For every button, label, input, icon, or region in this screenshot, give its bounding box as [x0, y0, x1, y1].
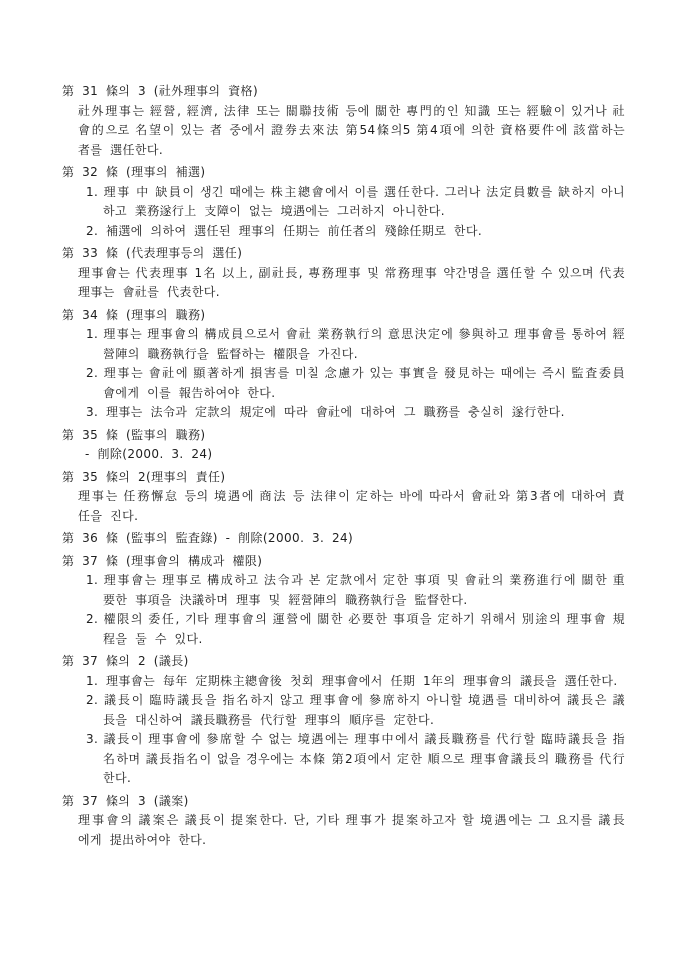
article-31-3-heading: 第 31 條의 3 (社外理事의 資格)	[62, 82, 625, 102]
article-line: 理事는 會社를 代表한다.	[78, 283, 625, 303]
article-line: 하고 業務遂行上 支障이 없는 境遇에는 그러하지 아니한다.	[103, 202, 625, 222]
article-37: 第 37 條 (理事會의 構成과 權限) 1. 理事會는 理事로 構成하고 法令…	[62, 552, 625, 650]
article-35-2-heading: 第 35 條의 2(理事의 責任)	[62, 468, 625, 488]
article-line: 會的으로 名望이 있는 者 중에서 證券去來法 第54條의5 第4項에 의한 資…	[78, 121, 625, 141]
article-line: 任을 진다.	[78, 507, 625, 527]
article-37-2: 第 37 條의 2 (議長) 1. 理事會는 每年 定期株主總會後 첫회 理事會…	[62, 652, 625, 789]
article-line: 理事會의 議案은 議長이 提案한다. 단, 기타 理事가 提案하고자 할 境遇에…	[78, 811, 625, 831]
article-line: 程을 둘 수 있다.	[103, 630, 625, 650]
article-34-heading: 第 34 條 (理事의 職務)	[62, 306, 625, 326]
article-line: 2. 補選에 의하여 選任된 理事의 任期는 前任者의 殘餘任期로 한다.	[86, 222, 625, 242]
article-line: 3. 議長이 理事會에 參席할 수 없는 境遇에는 理事中에서 議長職務를 代行…	[86, 730, 625, 750]
article-32: 第 32 條 (理事의 補選) 1. 理事 中 缺員이 생긴 때에는 株主總會에…	[62, 163, 625, 241]
article-35-heading: 第 35 條 (監事의 職務)	[62, 426, 625, 446]
article-35-2: 第 35 條의 2(理事의 責任) 理事는 任務懈怠 등의 境遇에 商法 등 法…	[62, 468, 625, 527]
article-line: 2. 議長이 臨時議長을 指名하지 않고 理事會에 參席하지 아니할 境遇를 대…	[86, 691, 625, 711]
document-page: 第 31 條의 3 (社外理事의 資格) 社外理事는 經營, 經濟, 法律 또는…	[0, 0, 680, 962]
document-text-block: 第 31 條의 3 (社外理事의 資格) 社外理事는 經營, 經濟, 法律 또는…	[62, 82, 625, 850]
article-line: 長을 대신하여 議長職務를 代行할 理事의 順序를 定한다.	[103, 711, 625, 731]
article-33: 第 33 條 (代表理事등의 選任) 理事會는 代表理事 1名 以上, 副社長,…	[62, 244, 625, 303]
article-line: 1. 理事 中 缺員이 생긴 때에는 株主總會에서 이를 選任한다. 그러나 法…	[86, 183, 625, 203]
article-line: 에게 提出하여야 한다.	[78, 831, 625, 851]
article-line: 要한 事項을 決議하며 理事 및 經營陣의 職務執行을 監督한다.	[103, 591, 625, 611]
article-line: 1. 理事會는 理事로 構成하고 法令과 본 定款에서 定한 事項 및 會社의 …	[86, 571, 625, 591]
article-33-heading: 第 33 條 (代表理事등의 選任)	[62, 244, 625, 264]
article-line: 한다.	[103, 769, 625, 789]
article-36-heading: 第 36 條 (監事의 監査錄) - 削除(2000. 3. 24)	[62, 529, 625, 549]
article-36: 第 36 條 (監事의 監査錄) - 削除(2000. 3. 24)	[62, 529, 625, 549]
article-31-3: 第 31 條의 3 (社外理事의 資格) 社外理事는 經營, 經濟, 法律 또는…	[62, 82, 625, 160]
article-line: 理事會는 代表理事 1名 以上, 副社長, 專務理事 및 常務理事 약간명을 選…	[78, 264, 625, 284]
article-line: 1. 理事會는 每年 定期株主總會後 첫회 理事會에서 任期 1年의 理事會의 …	[86, 672, 625, 692]
article-line: 者를 選任한다.	[78, 141, 625, 161]
article-34: 第 34 條 (理事의 職務) 1. 理事는 理事會의 構成員으로서 會社 業務…	[62, 306, 625, 423]
article-line: 1. 理事는 理事會의 構成員으로서 會社 業務執行의 意思決定에 參與하고 理…	[86, 325, 625, 345]
article-line: 社外理事는 經營, 經濟, 法律 또는 關聯技術 등에 關한 專門的인 知識 또…	[78, 102, 625, 122]
article-37-2-heading: 第 37 條의 2 (議長)	[62, 652, 625, 672]
article-35: 第 35 條 (監事의 職務) - 削除(2000. 3. 24)	[62, 426, 625, 465]
article-37-heading: 第 37 條 (理事會의 構成과 權限)	[62, 552, 625, 572]
article-line: 2. 理事는 會社에 顯著하게 損害를 미칠 念慮가 있는 事實을 發見하는 때…	[86, 364, 625, 384]
article-line: 營陣의 職務執行을 監督하는 權限을 가진다.	[103, 345, 625, 365]
article-37-3: 第 37 條의 3 (議案) 理事會의 議案은 議長이 提案한다. 단, 기타 …	[62, 792, 625, 851]
article-line: 會에게 이를 報告하여야 한다.	[103, 384, 625, 404]
deleted-clause-line: - 削除(2000. 3. 24)	[85, 445, 625, 465]
article-37-3-heading: 第 37 條의 3 (議案)	[62, 792, 625, 812]
article-32-heading: 第 32 條 (理事의 補選)	[62, 163, 625, 183]
article-line: 2. 權限의 委任, 기타 理事會의 運營에 關한 必要한 事項을 定하기 위해…	[86, 610, 625, 630]
article-line: 名하며 議長指名이 없을 경우에는 本條 第2項에서 定한 順으로 理事會議長의…	[103, 750, 625, 770]
article-line: 理事는 任務懈怠 등의 境遇에 商法 등 法律이 定하는 바에 따라서 會社와 …	[78, 487, 625, 507]
article-line: 3. 理事는 法令과 定款의 規定에 따라 會社에 대하여 그 職務를 충실히 …	[86, 403, 625, 423]
